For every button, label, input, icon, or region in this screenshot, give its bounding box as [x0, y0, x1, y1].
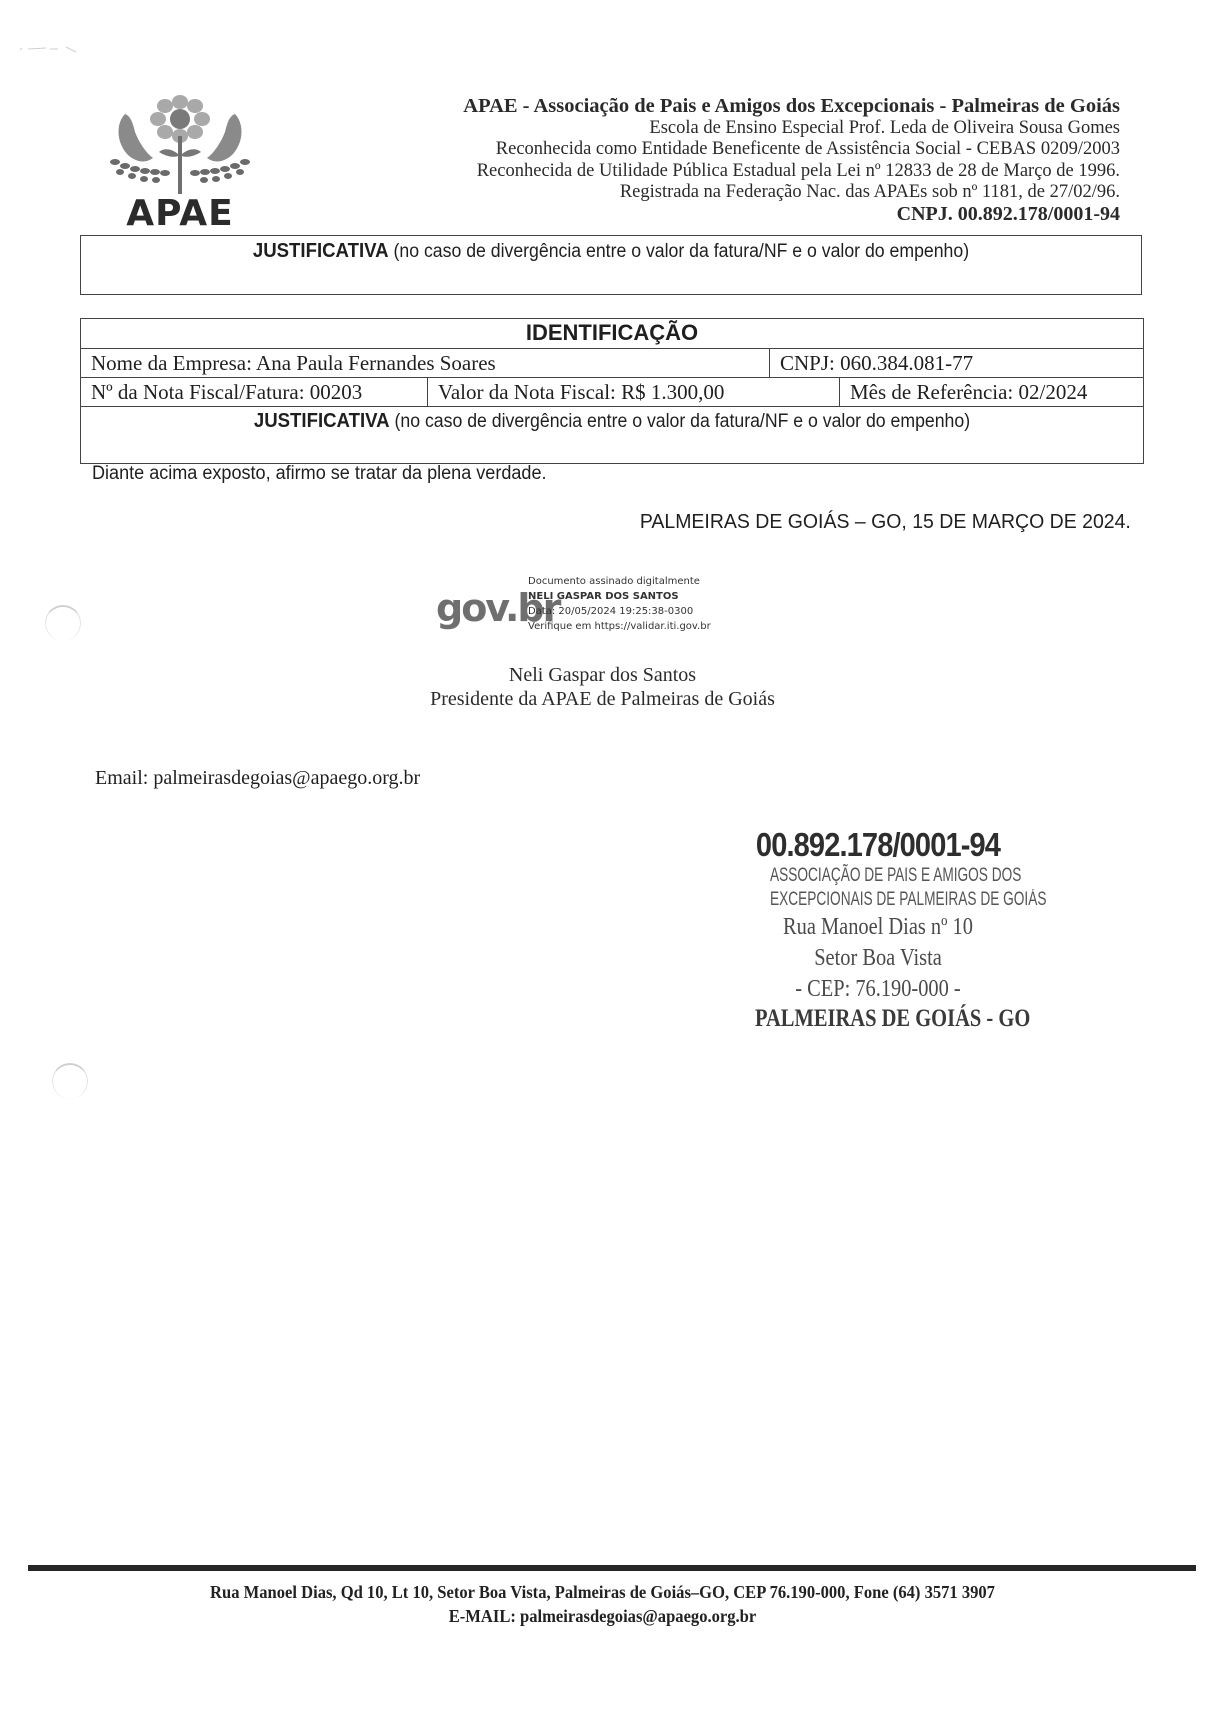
- justificativa-title: JUSTIFICATIVA: [254, 410, 390, 432]
- stamp-line-2: EXCEPCIONAIS DE PALMEIRAS DE GOIÁS: [770, 888, 986, 912]
- stamp-district: Setor Boa Vista: [751, 943, 1006, 974]
- letterhead: APAE - Associação de Pais e Amigos dos E…: [463, 96, 1120, 225]
- justificativa-description: (no caso de divergência entre o valor da…: [390, 411, 971, 432]
- invoice-value: Valor da Nota Fiscal: R$ 1.300,00: [427, 378, 839, 406]
- company-cnpj: CNPJ: 060.384.081-77: [769, 349, 1143, 377]
- justificativa-description: (no caso de divergência entre o valor da…: [389, 241, 970, 262]
- justificativa-label: JUSTIFICATIVA (no caso de divergência en…: [118, 236, 1104, 263]
- footer: Rua Manoel Dias, Qd 10, Lt 10, Setor Boa…: [0, 1580, 1205, 1628]
- public-utility-line: Reconhecida de Utilidade Pública Estadua…: [463, 161, 1120, 183]
- place-and-date: PALMEIRAS DE GOIÁS – GO, 15 DE MARÇO DE …: [640, 510, 1131, 534]
- org-cnpj: CNPJ. 00.892.178/0001-94: [463, 204, 1120, 226]
- signature-caption: Documento assinado digitalmente: [528, 574, 711, 589]
- justificativa-row: JUSTIFICATIVA (no caso de divergência en…: [81, 407, 1143, 463]
- footer-divider: [28, 1565, 1196, 1571]
- stamp-city: PALMEIRAS DE GOIÁS - GO: [755, 1005, 1001, 1033]
- justificativa-box-top: JUSTIFICATIVA (no caso de divergência en…: [80, 235, 1142, 295]
- signatory-role: Presidente da APAE de Palmeiras de Goiás: [0, 687, 1205, 711]
- punch-hole-mark: [45, 605, 81, 641]
- apae-logo: APAE: [105, 92, 255, 232]
- signature-verify-link[interactable]: Verifique em https://validar.iti.gov.br: [528, 619, 711, 634]
- footer-email: E-MAIL: palmeirasdegoias@apaego.org.br: [48, 1604, 1157, 1628]
- stamp-cep: - CEP: 76.190-000 -: [751, 974, 1006, 1005]
- signature-signer: NELI GASPAR DOS SANTOS: [528, 589, 711, 604]
- flower-hands-icon: [105, 92, 255, 196]
- signature-date: Data: 20/05/2024 19:25:38-0300: [528, 604, 711, 619]
- invoice-row: Nº da Nota Fiscal/Fatura: 00203 Valor da…: [81, 378, 1143, 407]
- justificativa-label: JUSTIFICATIVA (no caso de divergência en…: [118, 407, 1106, 436]
- scan-mark: [18, 44, 98, 54]
- signature-details: Documento assinado digitalmente NELI GAS…: [528, 574, 711, 634]
- school-name: Escola de Ensino Especial Prof. Leda de …: [463, 118, 1120, 140]
- punch-hole-mark: [52, 1063, 88, 1099]
- identification-table: IDENTIFICAÇÃO Nome da Empresa: Ana Paula…: [80, 318, 1144, 464]
- reference-month: Mês de Referência: 02/2024: [839, 378, 1143, 406]
- invoice-number: Nº da Nota Fiscal/Fatura: 00203: [81, 378, 427, 406]
- signatory-block: Neli Gaspar dos Santos Presidente da APA…: [0, 663, 1205, 711]
- statement-text: Diante acima exposto, afirmo se tratar d…: [92, 463, 547, 485]
- cebas-line: Reconhecida como Entidade Beneficente de…: [463, 139, 1120, 161]
- footer-address: Rua Manoel Dias, Qd 10, Lt 10, Setor Boa…: [48, 1580, 1157, 1604]
- stamp-line-1: ASSOCIAÇÃO DE PAIS E AMIGOS DOS: [770, 864, 986, 888]
- org-name: APAE - Associação de Pais e Amigos dos E…: [463, 96, 1120, 118]
- digital-signature-block: gov.br Documento assinado digitalmente N…: [436, 572, 736, 642]
- identification-title-row: IDENTIFICAÇÃO: [81, 319, 1143, 349]
- registration-line: Registrada na Federação Nac. das APAEs s…: [463, 182, 1120, 204]
- stamp-cnpj: 00.892.178/0001-94: [746, 826, 1010, 864]
- justificativa-title: JUSTIFICATIVA: [253, 240, 389, 262]
- cnpj-stamp: 00.892.178/0001-94 ASSOCIAÇÃO DE PAIS E …: [728, 826, 1028, 1033]
- email-line: Email: palmeirasdegoias@apaego.org.br: [95, 767, 420, 790]
- company-row: Nome da Empresa: Ana Paula Fernandes Soa…: [81, 349, 1143, 378]
- signatory-name: Neli Gaspar dos Santos: [0, 663, 1205, 687]
- company-name: Nome da Empresa: Ana Paula Fernandes Soa…: [81, 349, 769, 377]
- stamp-street: Rua Manoel Dias nº 10: [751, 912, 1006, 943]
- logo-wordmark: APAE: [105, 196, 255, 232]
- identification-title: IDENTIFICAÇÃO: [81, 319, 1143, 348]
